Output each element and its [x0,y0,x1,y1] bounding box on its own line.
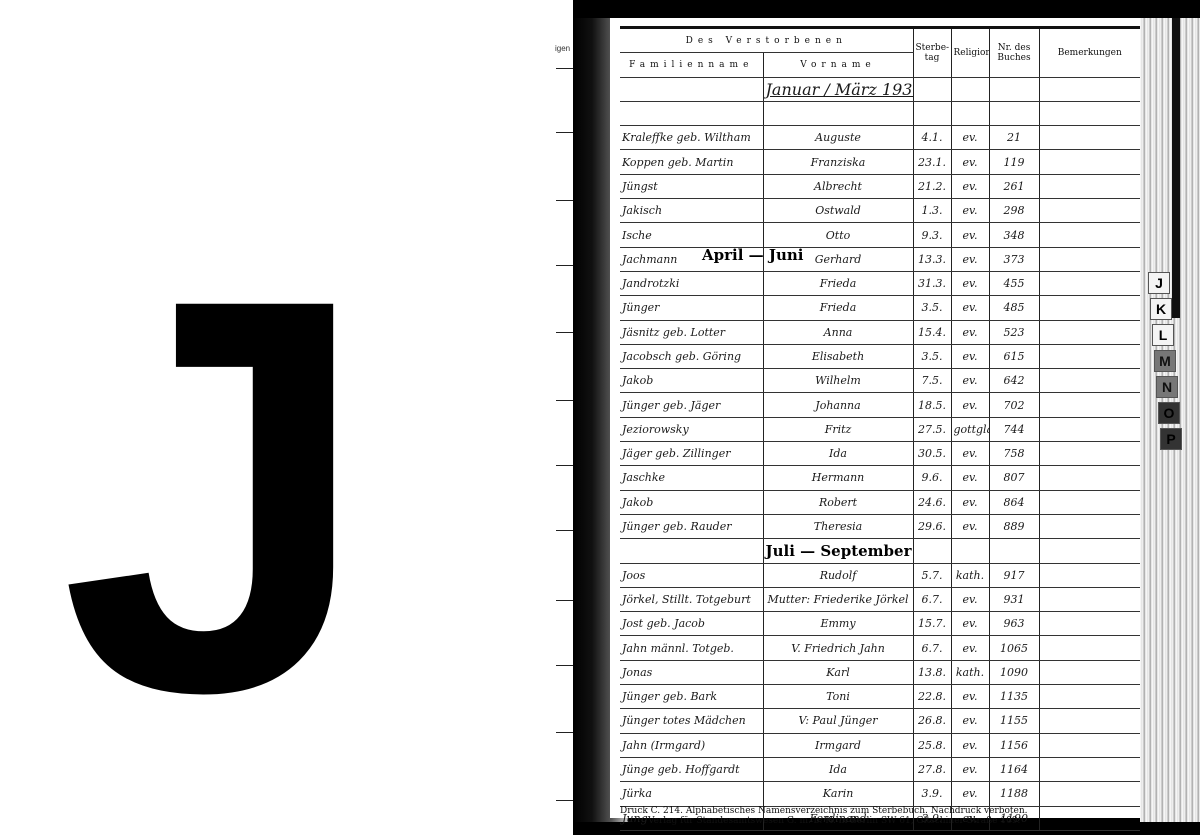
alphabet-index-tabs: JKLMNOP [1148,272,1176,454]
index-letter: J [60,215,361,775]
given-name-cell: V: Paul Jünger [763,709,913,733]
death-day-cell: 9.6. [913,466,951,490]
remarks-cell [1039,612,1140,636]
given-name-cell: Franziska [763,150,913,174]
death-day-cell: 3.5. [913,296,951,320]
table-row: JandrotzkiFrieda31.3.ev.455 [620,271,1140,295]
given-name-cell: Robert [763,490,913,514]
death-register-table: Des Verstorbenen Sterbe-tag Religion Nr.… [620,26,1140,831]
header-book-number: Nr. des Buches [989,28,1039,78]
table-row: Jahn männl. Totgeb.V. Friedrich Jahn6.7.… [620,636,1140,660]
book-number-cell: 1135 [989,685,1039,709]
book-number-cell: 261 [989,174,1039,198]
family-name-cell: Jeziorowsky [620,417,763,441]
remarks-cell [1039,490,1140,514]
given-name-cell: Toni [763,685,913,709]
death-day-cell: 27.8. [913,757,951,781]
given-name-cell: Anna [763,320,913,344]
remarks-cell [1039,782,1140,806]
death-day-cell: 13.3. [913,247,951,271]
religion-cell: ev. [951,587,989,611]
book-number-cell: 889 [989,514,1039,538]
religion-cell: kath. [951,563,989,587]
book-number-cell: 1090 [989,660,1039,684]
family-name-cell: Jünger totes Mädchen [620,709,763,733]
death-day-cell: 22.8. [913,685,951,709]
religion-cell: ev. [951,466,989,490]
book-number-cell: 1156 [989,733,1039,757]
footer-line-2: Verlag für Standesamtswesen G. m. b. H. … [620,816,1028,826]
table-row: Jäsnitz geb. LotterAnna15.4.ev.523 [620,320,1140,344]
religion-cell: ev. [951,223,989,247]
religion-cell: ev. [951,514,989,538]
remarks-cell [1039,247,1140,271]
index-tab-j[interactable]: J [1148,272,1170,294]
book-number-cell: 1065 [989,636,1039,660]
religion-cell: ev. [951,320,989,344]
header-family-name: Familienname [620,53,763,77]
given-name-cell: Ida [763,442,913,466]
given-name-cell: V. Friedrich Jahn [763,636,913,660]
remarks-cell [1039,709,1140,733]
book-number-cell: 615 [989,344,1039,368]
remarks-cell [1039,733,1140,757]
religion-cell: ev. [951,442,989,466]
index-tab-k[interactable]: K [1150,298,1172,320]
remarks-cell [1039,806,1140,830]
given-name-cell: Rudolf [763,563,913,587]
remarks-cell [1039,296,1140,320]
religion-cell: ev. [951,126,989,150]
given-name-cell: Johanna [763,393,913,417]
table-row: Kraleffke geb. WilthamAuguste4.1.ev.21 [620,126,1140,150]
table-row: Koppen geb. MartinFranziska23.1.ev.119 [620,150,1140,174]
given-name-cell: Karin [763,782,913,806]
remarks-cell [1039,150,1140,174]
religion-cell: ev. [951,344,989,368]
table-row: Jünger totes MädchenV: Paul Jünger26.8.e… [620,709,1140,733]
book-number-cell: 1188 [989,782,1039,806]
given-name-cell: Albrecht [763,174,913,198]
family-name-cell: Jandrotzki [620,271,763,295]
scan-border-top [573,0,1200,18]
index-tab-m[interactable]: M [1154,350,1176,372]
death-day-cell: 5.7. [913,563,951,587]
book-number-cell: 864 [989,490,1039,514]
table-row: Jahn (Irmgard)Irmgard25.8.ev.1156 [620,733,1140,757]
book-number-cell: 702 [989,393,1039,417]
religion-cell: ev. [951,150,989,174]
religion-cell: ev. [951,199,989,223]
religion-cell: ev. [951,685,989,709]
period-row-q3: Juli — September [620,539,1140,563]
religion-cell: kath. [951,660,989,684]
remarks-cell [1039,344,1140,368]
death-day-cell: 9.3. [913,223,951,247]
remarks-cell [1039,174,1140,198]
family-name-cell: Koppen geb. Martin [620,150,763,174]
book-number-cell: 1155 [989,709,1039,733]
remarks-cell [1039,320,1140,344]
blank-row [620,101,1140,125]
remarks-cell [1039,587,1140,611]
religion-cell: gottgläubig [951,417,989,441]
print-footer: Druck C. 214. Alphabetisches Namensverze… [620,806,1028,826]
remarks-cell [1039,393,1140,417]
header-remarks: Bemerkungen [1039,28,1140,78]
remarks-cell [1039,199,1140,223]
table-row: JachmannGerhard13.3.ev.373 [620,247,1140,271]
table-row: JoosRudolf5.7.kath.917 [620,563,1140,587]
given-name-cell: Emmy [763,612,913,636]
index-tab-p[interactable]: P [1160,428,1182,450]
religion-cell: ev. [951,247,989,271]
footer-line-1: Druck C. 214. Alphabetisches Namensverze… [620,806,1028,816]
table-row: Jost geb. JacobEmmy15.7.ev.963 [620,612,1140,636]
death-day-cell: 6.7. [913,587,951,611]
remarks-cell [1039,563,1140,587]
period-label-q3: Juli — September [766,542,912,560]
religion-cell: ev. [951,393,989,417]
family-name-cell: Jäger geb. Zillinger [620,442,763,466]
given-name-cell: Theresia [763,514,913,538]
table-row: JakobWilhelm7.5.ev.642 [620,369,1140,393]
remarks-cell [1039,417,1140,441]
book-number-cell: 807 [989,466,1039,490]
book-number-cell: 373 [989,247,1039,271]
remarks-cell [1039,757,1140,781]
book-number-cell: 485 [989,296,1039,320]
death-day-cell: 15.4. [913,320,951,344]
book-number-cell: 917 [989,563,1039,587]
header-religion: Religion [951,28,989,78]
table-row: JonasKarl13.8.kath.1090 [620,660,1140,684]
given-name-cell: Ostwald [763,199,913,223]
table-row: Jacobsch geb. GöringElisabeth3.5.ev.615 [620,344,1140,368]
death-day-cell: 4.1. [913,126,951,150]
religion-cell: ev. [951,174,989,198]
given-name-cell: Fritz [763,417,913,441]
book-number-cell: 348 [989,223,1039,247]
family-name-cell: Jüngst [620,174,763,198]
book-number-cell: 758 [989,442,1039,466]
remarks-cell [1039,223,1140,247]
family-name-cell: Ische [620,223,763,247]
family-name-cell: Jünger geb. Bark [620,685,763,709]
given-name-cell: Auguste [763,126,913,150]
religion-cell: ev. [951,490,989,514]
family-name-cell: Jaschke [620,466,763,490]
book-number-cell: 455 [989,271,1039,295]
family-name-cell: Jacobsch geb. Göring [620,344,763,368]
death-day-cell: 29.6. [913,514,951,538]
book-number-cell: 298 [989,199,1039,223]
given-name-cell: Wilhelm [763,369,913,393]
family-name-cell: Jahn (Irmgard) [620,733,763,757]
family-name-cell: Jünger [620,296,763,320]
remarks-cell [1039,636,1140,660]
table-row: JakischOstwald1.3.ev.298 [620,199,1140,223]
remarks-cell [1039,271,1140,295]
remarks-cell [1039,466,1140,490]
death-day-cell: 3.5. [913,344,951,368]
given-name-cell: Elisabeth [763,344,913,368]
index-tab-o[interactable]: O [1158,402,1180,424]
header-row-1: Des Verstorbenen Sterbe-tag Religion Nr.… [620,28,1140,53]
given-name-cell: Karl [763,660,913,684]
family-name-cell: Jünger geb. Jäger [620,393,763,417]
period-label-q1: Januar / März 1930 [766,80,914,99]
remarks-cell [1039,514,1140,538]
death-day-cell: 24.6. [913,490,951,514]
index-tab-l[interactable]: L [1152,324,1174,346]
family-name-cell: Kraleffke geb. Wiltham [620,126,763,150]
family-name-cell: Jakisch [620,199,763,223]
remarks-cell [1039,660,1140,684]
table-row: IscheOtto9.3.ev.348 [620,223,1140,247]
family-name-cell: Jonas [620,660,763,684]
family-name-cell: Jäsnitz geb. Lotter [620,320,763,344]
table-row: Jünger geb. JägerJohanna18.5.ev.702 [620,393,1140,417]
family-name-cell: Jost geb. Jacob [620,612,763,636]
death-day-cell: 18.5. [913,393,951,417]
period-label-q2: April — Juni [702,246,803,264]
table-row: JüngerFrieda3.5.ev.485 [620,296,1140,320]
family-name-cell: Jünger geb. Rauder [620,514,763,538]
religion-cell: ev. [951,733,989,757]
death-day-cell: 30.5. [913,442,951,466]
table-row: Jäger geb. ZillingerIda30.5.ev.758 [620,442,1140,466]
book-number-cell: 523 [989,320,1039,344]
book-number-cell: 931 [989,587,1039,611]
book-number-cell: 1164 [989,757,1039,781]
religion-cell: ev. [951,709,989,733]
header-death-day: Sterbe-tag [913,28,951,78]
table-row: JakobRobert24.6.ev.864 [620,490,1140,514]
table-row: Jünger geb. RauderTheresia29.6.ev.889 [620,514,1140,538]
register-body: Januar / März 1930 Kraleffke geb. Wiltha… [620,77,1140,830]
religion-cell: ev. [951,271,989,295]
given-name-cell: Irmgard [763,733,913,757]
remarks-cell [1039,442,1140,466]
table-row: Jünger geb. BarkToni22.8.ev.1135 [620,685,1140,709]
book-number-cell: 963 [989,612,1039,636]
religion-cell: ev. [951,782,989,806]
death-day-cell: 7.5. [913,369,951,393]
remarks-cell [1039,369,1140,393]
table-row: Jünge geb. HoffgardtIda27.8.ev.1164 [620,757,1140,781]
table-row: JürkaKarin3.9.ev.1188 [620,782,1140,806]
religion-cell: ev. [951,636,989,660]
family-name-cell: Jürka [620,782,763,806]
book-number-cell: 21 [989,126,1039,150]
death-day-cell: 13.8. [913,660,951,684]
given-name-cell: Ida [763,757,913,781]
religion-cell: ev. [951,296,989,320]
death-day-cell: 27.5. [913,417,951,441]
family-name-cell: Jakob [620,369,763,393]
book-number-cell: 119 [989,150,1039,174]
given-name-cell: Hermann [763,466,913,490]
death-day-cell: 26.8. [913,709,951,733]
death-day-cell: 15.7. [913,612,951,636]
death-day-cell: 21.2. [913,174,951,198]
given-name-cell: Frieda [763,296,913,320]
given-name-cell: Mutter: Friederike Jörkel [763,587,913,611]
table-row: JüngstAlbrecht21.2.ev.261 [620,174,1140,198]
religion-cell: ev. [951,612,989,636]
left-page: J igen [0,0,573,835]
index-tab-n[interactable]: N [1156,376,1178,398]
remarks-cell [1039,126,1140,150]
header-given-name: Vorname [763,53,913,77]
remarks-cell [1039,685,1140,709]
table-row: Jörkel, Stillt. TotgeburtMutter: Frieder… [620,587,1140,611]
death-day-cell: 1.3. [913,199,951,223]
death-day-cell: 31.3. [913,271,951,295]
table-row: JaschkeHermann9.6.ev.807 [620,466,1140,490]
family-name-cell: Jünge geb. Hoffgardt [620,757,763,781]
death-day-cell: 25.8. [913,733,951,757]
header-group-title: Des Verstorbenen [620,28,913,53]
death-day-cell: 23.1. [913,150,951,174]
family-name-cell: Jörkel, Stillt. Totgeburt [620,587,763,611]
death-day-cell: 6.7. [913,636,951,660]
book-number-cell: 744 [989,417,1039,441]
family-name-cell: Jakob [620,490,763,514]
book-number-cell: 642 [989,369,1039,393]
family-name-cell: Joos [620,563,763,587]
table-row: JeziorowskyFritz27.5.gottgläubig744 [620,417,1140,441]
religion-cell: ev. [951,369,989,393]
given-name-cell: Otto [763,223,913,247]
family-name-cell: Jahn männl. Totgeb. [620,636,763,660]
period-row-q1: Januar / März 1930 [620,77,1140,101]
religion-cell: ev. [951,757,989,781]
given-name-cell: Frieda [763,271,913,295]
death-day-cell: 3.9. [913,782,951,806]
left-edge-text: igen [555,44,570,53]
